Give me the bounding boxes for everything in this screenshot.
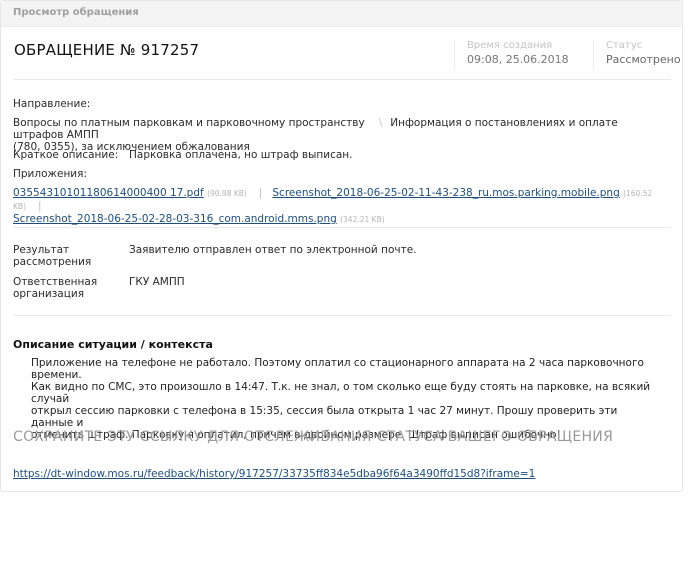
attachment-link-screenshot-sms[interactable]: Screenshot_2018-06-25-02-28-03-316_com.a… bbox=[13, 213, 337, 225]
organization-label-line2: организация bbox=[13, 288, 84, 300]
attachment-size: (342.21 KB) bbox=[340, 215, 385, 224]
attachment-separator: | bbox=[259, 187, 263, 199]
attachments-list: 03554310101180614000400 17.pdf (90.98 KB… bbox=[13, 187, 663, 226]
status-label: Статус bbox=[606, 40, 681, 51]
direction-category: Вопросы по платным парковкам и парковочн… bbox=[13, 117, 365, 129]
appeal-view-panel: Просмотр обращения ОБРАЩЕНИЕ № 917257 Вр… bbox=[0, 0, 683, 492]
save-link-notice: СОХРАНИТЕ ЭТУ ССЫЛКУ ДЛЯ ОТСЛЕЖИВАНИЯ СТ… bbox=[13, 429, 613, 445]
status-block: Статус Рассмотрено bbox=[593, 40, 681, 70]
context-line: открыл сессию парковки с телефона в 15:3… bbox=[31, 405, 651, 429]
result-value: Заявителю отправлен ответ по электронной… bbox=[129, 244, 417, 256]
attachment-separator: | bbox=[38, 200, 42, 212]
summary-label: Краткое описание: bbox=[13, 149, 118, 161]
context-line: Приложение на телефоне не работало. Поэт… bbox=[31, 357, 651, 381]
summary-value: Парковка оплачена, но штраф выписан. bbox=[129, 149, 352, 161]
created-time-value: 09:08, 25.06.2018 bbox=[467, 53, 569, 66]
context-line: Как видно по СМС, это произошло в 14:47.… bbox=[31, 381, 651, 405]
direction-value: Вопросы по платным парковкам и парковочн… bbox=[13, 117, 653, 153]
tracking-link[interactable]: https://dt-window.mos.ru/feedback/histor… bbox=[13, 468, 535, 480]
appeal-title: ОБРАЩЕНИЕ № 917257 bbox=[14, 41, 199, 59]
organization-value: ГКУ АМПП bbox=[129, 276, 185, 288]
created-time-block: Время создания 09:08, 25.06.2018 bbox=[454, 40, 569, 70]
attachment-link-pdf[interactable]: 03554310101180614000400 17.pdf bbox=[13, 187, 204, 199]
created-time-label: Время создания bbox=[467, 40, 569, 51]
context-title: Описание ситуации / контекста bbox=[13, 338, 213, 351]
divider bbox=[13, 227, 671, 228]
result-label: Результат рассмотрения bbox=[13, 244, 91, 268]
divider bbox=[13, 315, 671, 316]
status-badge: Рассмотрено bbox=[606, 53, 681, 66]
result-label-line1: Результат bbox=[13, 244, 69, 256]
result-label-line2: рассмотрения bbox=[13, 256, 91, 268]
organization-label: Ответственная организация bbox=[13, 276, 97, 300]
direction-label: Направление: bbox=[13, 98, 90, 110]
organization-label-line1: Ответственная bbox=[13, 276, 97, 288]
appeal-title-row: ОБРАЩЕНИЕ № 917257 Время создания 09:08,… bbox=[13, 28, 671, 80]
attachment-link-screenshot-parking[interactable]: Screenshot_2018-06-25-02-11-43-238_ru.mo… bbox=[272, 187, 619, 199]
attachments-label: Приложения: bbox=[13, 168, 87, 180]
panel-header: Просмотр обращения bbox=[1, 1, 682, 27]
attachment-size: (90.98 KB) bbox=[207, 189, 247, 198]
direction-separator: \ bbox=[379, 117, 383, 129]
